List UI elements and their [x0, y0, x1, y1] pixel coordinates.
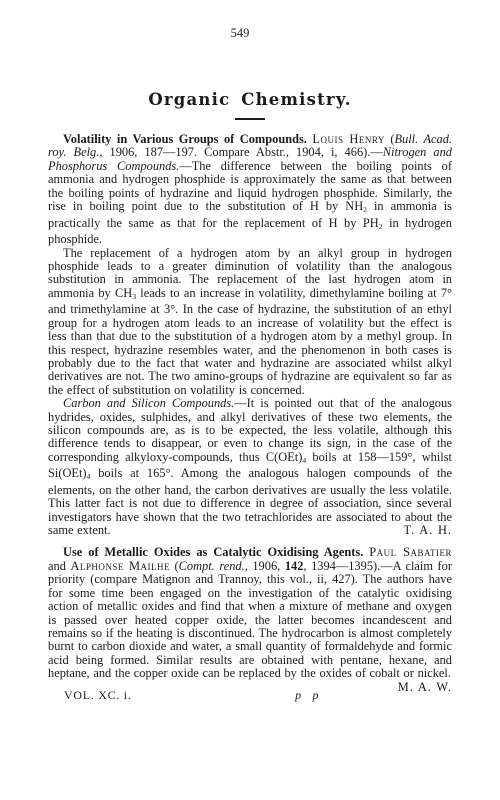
text-segment-sc: Louis Henry: [312, 132, 384, 146]
text-segment-sub: 3: [132, 292, 136, 301]
abstracts-container: Volatility in Various Groups of Compound…: [48, 133, 452, 681]
abstract-paragraph: The replacement of a hydrogen atom by an…: [48, 247, 452, 398]
text-segment-i: Carbon and Silicon Compounds.: [63, 396, 234, 410]
text-segment-sc: Paul Sabatier: [369, 545, 452, 559]
text-segment-sub: 2: [363, 205, 367, 214]
text-segment-i: Nitrogen and Phosphorus Compounds.: [48, 145, 452, 172]
text-segment-b: 142: [285, 559, 304, 573]
text-segment-sub: 4: [302, 456, 306, 465]
section-title: Organic Chemistry.: [48, 90, 452, 109]
abstract-signature: T. A. H.: [388, 524, 452, 537]
abstract-signature: M. A. W.: [383, 681, 452, 694]
volume-label: VOL. XC. i.: [64, 688, 132, 703]
abstract-paragraph: Volatility in Various Groups of Compound…: [48, 133, 452, 247]
text-segment-i: Compt. rend.: [179, 559, 245, 573]
journal-page: 549 Organic Chemistry. Volatility in Var…: [0, 0, 500, 800]
text-segment-b: Volatility in Various Groups of Compound…: [63, 132, 307, 146]
page-number: 549: [38, 26, 442, 41]
text-segment-sub: 4: [87, 472, 91, 481]
text-segment-sc: Alphonse Mailhe: [70, 559, 169, 573]
page-footer: VOL. XC. i. p p: [48, 688, 383, 703]
text-segment-sub: 2: [379, 222, 383, 231]
abstract-volatility-in-various-groups-of-compounds: Volatility in Various Groups of Compound…: [48, 133, 452, 537]
printer-signature-mark: p p: [295, 688, 323, 703]
section-title-rule: [235, 118, 265, 120]
abstract-use-of-metallic-oxides-as-catalytic-oxidising-agents: Use of Metallic Oxides as Catalytic Oxid…: [48, 546, 452, 680]
abstract-paragraph: Use of Metallic Oxides as Catalytic Oxid…: [48, 546, 452, 680]
abstract-paragraph: Carbon and Silicon Compounds.—It is poin…: [48, 397, 452, 537]
text-segment-b: Use of Metallic Oxides as Catalytic Oxid…: [63, 545, 363, 559]
